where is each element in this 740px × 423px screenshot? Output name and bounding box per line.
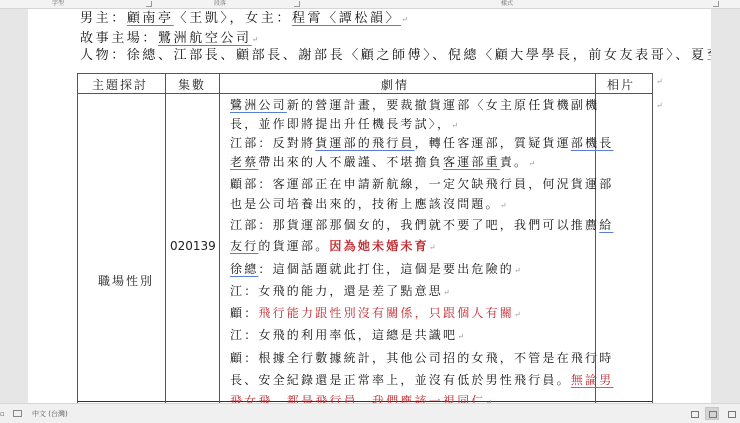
plot-span: 給 — [599, 218, 613, 232]
ribbon-group-font-label: 字型 — [52, 0, 64, 8]
setting-company: 鷺洲航空公司 — [158, 31, 252, 46]
characters-line: 人物：徐總、江部長、顧部長、謝部長〈顧之師傅〉、倪總〈顧大學學長，前女友表哥〉、… — [80, 46, 711, 67]
plot-span: 也是公司培養出來的，技術上應該沒問題。 — [230, 197, 500, 211]
plot-span: 部機長 — [571, 136, 614, 150]
col-divider-1 — [165, 73, 166, 403]
read-mode-button[interactable] — [687, 407, 701, 420]
plot-line: 江：女飛的能力，還是差了點意思↵ — [230, 282, 450, 302]
web-layout-icon — [728, 411, 736, 418]
highlight-red-text: 因為她未婚未育 — [329, 239, 428, 253]
male-lead-name: 顧南亭 — [127, 11, 174, 26]
plot-span: 江部：反對將 — [230, 136, 315, 150]
plot-line: 顧部：客運部正在申請新航線，一定欠缺飛行員，何況貨運部 — [230, 175, 613, 193]
plot-line: 老蔡帶出來的人不嚴謹、不堪擔負客運部重責。↵ — [230, 153, 535, 173]
plot-line: 長、安全紀錄還是正常率上，並沒有低於男性飛行員。無論男 — [230, 371, 613, 389]
plot-span: 的貨運部。 — [258, 239, 329, 253]
print-layout-button[interactable] — [705, 407, 719, 420]
plot-span: 顧： — [230, 306, 258, 320]
language-indicator[interactable]: 中文 (台灣) — [32, 409, 68, 419]
table-border-right — [652, 73, 653, 403]
plot-span: 徐總 — [230, 262, 258, 276]
plot-span: 友行 — [230, 239, 258, 253]
plot-line: 也是公司培養出來的，技術上應該沒問題。↵ — [230, 195, 507, 215]
plot-line: 顧：飛行能力跟性別沒有關係，只跟個人有關↵ — [230, 304, 521, 324]
paragraph-mark: ↵ — [457, 332, 464, 341]
ribbon-group-styles-label: 樣式 — [501, 0, 513, 8]
male-actor-female-label: 〈王凱〉，女主： — [174, 11, 292, 26]
plot-span: 帶出來的人不嚴謹、不堪擔負 — [258, 155, 443, 169]
plot-line: 江部：反對將貨運部的飛行員，轉任客運部，質疑貨運部機長 — [230, 134, 613, 152]
font-dialog-launcher-icon[interactable] — [146, 1, 152, 7]
header-episode: 集數 — [178, 76, 206, 93]
plot-line: 顧：根據全行數據統計，其他公司招的女飛，不管是在飛行時 — [230, 349, 613, 367]
plot-span: 鷺洲公司 — [230, 98, 287, 112]
plot-span: 江：女飛的利用率低，這總是共識吧 — [230, 328, 457, 342]
label-male-lead: 男主： — [80, 11, 127, 26]
col-divider-2 — [219, 73, 220, 403]
header-row-border — [77, 93, 652, 94]
paragraph-mark: ↵ — [401, 15, 408, 24]
plot-span: ，轉任客運部，質疑貨運 — [415, 136, 571, 150]
plot-line: 飛女飛，都是飛行員，我們應該一視同仁↵ — [230, 392, 492, 403]
header-topic: 主題探討 — [92, 76, 148, 93]
plot-span: 顧：根據全行數據統計，其他公司招的女飛，不管是在飛行時 — [230, 351, 613, 365]
plot-line: 長，並作即將提出升任機長考試〉，↵ — [230, 115, 458, 135]
document-page[interactable]: 男主：顧南亭〈王凱〉，女主：程霄〈譚松韻〉↵ 故事主場：鷺洲航空公司↵ 人物：徐… — [28, 9, 711, 403]
plot-line: 友行的貨運部。因為她未婚未育↵ — [230, 237, 436, 257]
highlight-red-text: 無論男 — [571, 373, 614, 387]
paragraph-mark: ↵ — [528, 159, 535, 168]
plot-span: 江：女飛的能力，還是差了點意思 — [230, 284, 443, 298]
plot-line: 江部：那貨運部那個女的，我們就不要了吧，我們可以推薦給 — [230, 216, 613, 234]
print-layout-icon — [709, 411, 717, 418]
paragraph-mark: ↵ — [451, 121, 458, 130]
table-border-left — [77, 73, 78, 403]
plot-span: ：這個話題就此打住，這個是要出危險的 — [258, 262, 514, 276]
plot-span: 長、安全紀錄還是正常率上，並沒有低於男性飛行員。 — [230, 373, 571, 387]
plot-span: 江部：那貨運部那個女的，我們就不要了吧，我們可以推薦 — [230, 218, 599, 232]
plot-line: 徐總：這個話題就此打住，這個是要出危險的↵ — [230, 260, 521, 280]
end-of-row-mark: ↵ — [656, 77, 663, 86]
read-mode-icon — [691, 411, 699, 418]
plot-span: 客運部重 — [443, 155, 500, 169]
plot-line: 鷺洲公司新的營運計畫，要裁撤貨運部〈女主原任貨機副機 — [230, 96, 599, 114]
status-bar: ▫ 中文 (台灣) — [0, 403, 740, 423]
lead-roles-line: 男主：顧南亭〈王凱〉，女主：程霄〈譚松韻〉↵ — [80, 9, 408, 30]
paragraph-mark: ↵ — [443, 288, 450, 297]
macro-record-icon[interactable]: ▫ — [0, 409, 5, 419]
ribbon-group-labels: 字型 段落 樣式 — [0, 0, 740, 9]
highlight-red-text: 飛行能力跟性別沒有關係，只跟個人有關 — [258, 306, 514, 320]
paragraph-mark: ↵ — [429, 243, 436, 252]
characters-text: 人物：徐總、江部長、顧部長、謝部長〈顧之師傅〉、倪總〈顧大學學長，前女友表哥〉、… — [80, 48, 711, 63]
female-lead-name: 程霄〈譚松韻〉 — [292, 11, 401, 26]
paragraph-mark: ↵ — [500, 201, 507, 210]
right-gutter — [711, 9, 740, 403]
plot-span: 貨運部的飛行員 — [315, 136, 414, 150]
plot-span: 責。 — [500, 155, 528, 169]
plot-span: 新的營運計畫，要裁撤貨運部〈女主原任貨機副機 — [287, 98, 599, 112]
styles-dialog-launcher-icon[interactable] — [713, 1, 719, 7]
paragraph-mark: ↵ — [252, 35, 259, 44]
web-layout-button[interactable] — [724, 407, 738, 420]
plot-span: 老蔡 — [230, 155, 258, 169]
ribbon-group-paragraph-label: 段落 — [214, 0, 226, 8]
topic-cell: 職場性別 — [98, 272, 154, 289]
end-of-row-mark: ↵ — [656, 101, 663, 110]
episode-cell: 020139 — [170, 239, 216, 253]
label-setting: 故事主場： — [80, 31, 158, 46]
paragraph-dialog-launcher-icon[interactable] — [294, 1, 300, 7]
paragraph-mark: ↵ — [514, 266, 521, 275]
paragraph-mark: ↵ — [514, 310, 521, 319]
track-changes-icon[interactable] — [13, 410, 22, 417]
plot-line: 江：女飛的利用率低，這總是共識吧↵ — [230, 326, 464, 346]
plot-span: 顧部：客運部正在申請新航線，一定欠缺飛行員，何況貨運部 — [230, 177, 613, 191]
highlight-red-text: ，都是飛行員，我們應該一視同仁 — [273, 394, 486, 403]
plot-span: 長，並作即將提出升任機長考試〉， — [230, 117, 451, 131]
highlight-red-text: 飛女飛 — [230, 394, 273, 403]
header-photo: 相片 — [607, 76, 635, 93]
header-plot: 劇情 — [381, 76, 409, 93]
table-border-top — [77, 73, 652, 74]
